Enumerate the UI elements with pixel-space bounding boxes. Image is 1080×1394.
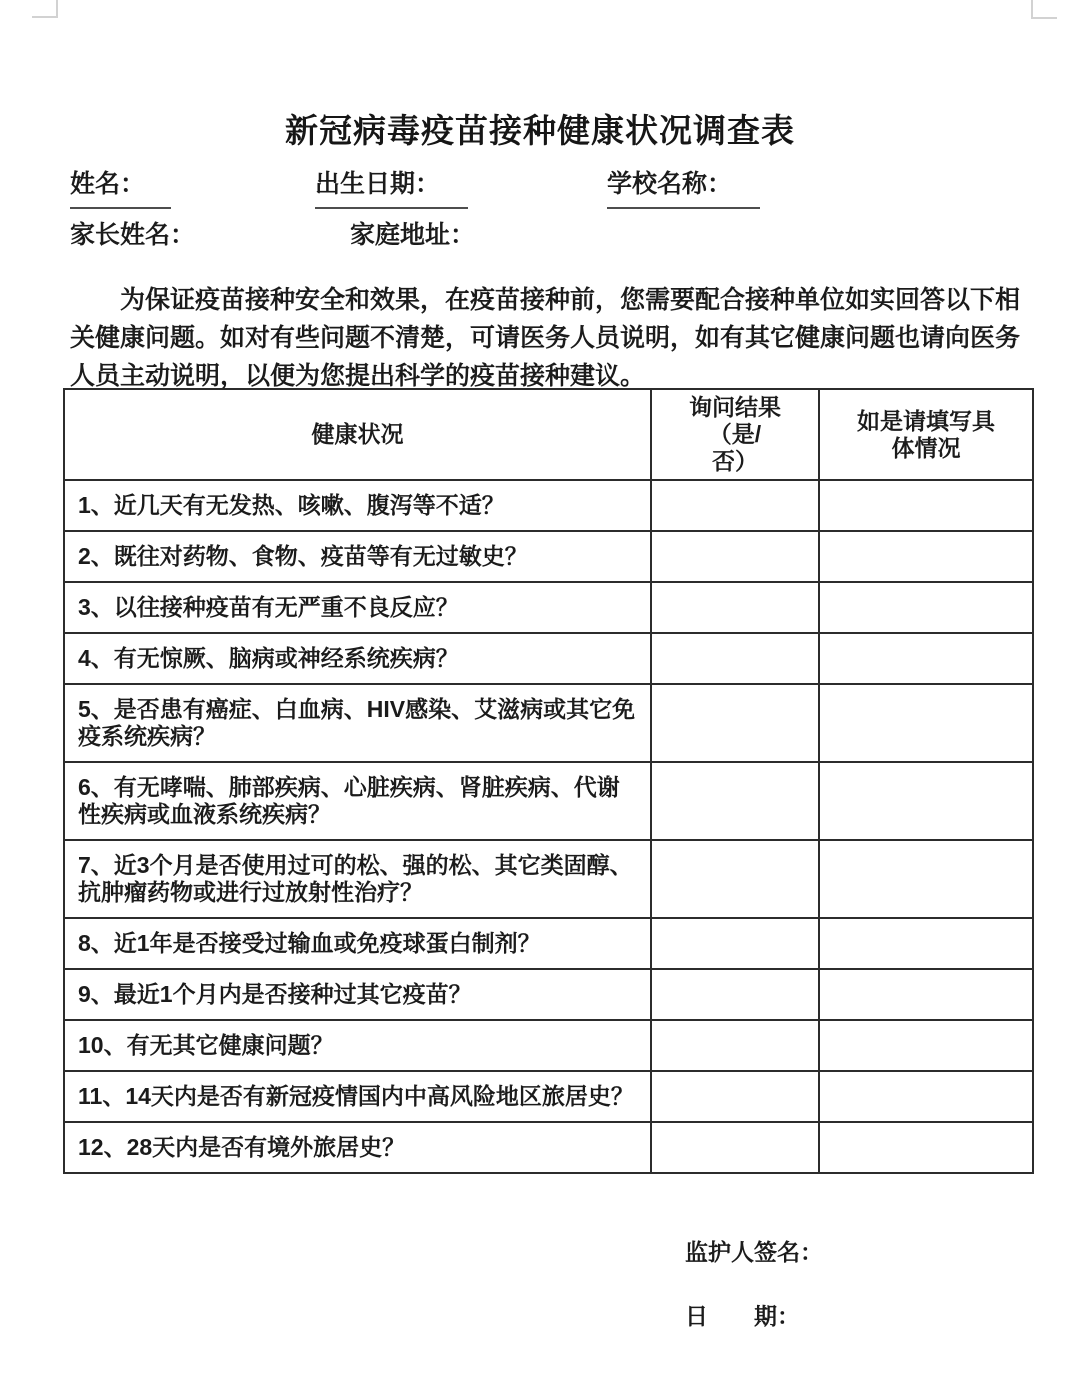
date-label: 日 期：	[685, 1298, 823, 1331]
detail-cell	[819, 531, 1033, 582]
question-cell: 1、近几天有无发热、咳嗽、腹泻等不适？	[64, 480, 651, 531]
detail-cell	[819, 762, 1033, 840]
health-questionnaire-table: 健康状况 询问结果 （是/ 否） 如是请填写具 体情况 1、近几天有无发热、咳嗽…	[63, 388, 1034, 1174]
table-row: 7、近3个月是否使用过可的松、强的松、其它类固醇、抗肿瘤药物或进行过放射性治疗？	[64, 840, 1033, 918]
signature-footer: 监护人签名： 日 期：	[685, 1234, 823, 1331]
detail-cell	[819, 918, 1033, 969]
table-body: 1、近几天有无发热、咳嗽、腹泻等不适？ 2、既往对药物、食物、疫苗等有无过敏史？…	[64, 480, 1033, 1173]
table-row: 8、近1年是否接受过输血或免疫球蛋白制剂？	[64, 918, 1033, 969]
table-row: 9、最近1个月内是否接种过其它疫苗？	[64, 969, 1033, 1020]
answer-cell	[651, 969, 819, 1020]
detail-cell	[819, 1071, 1033, 1122]
detail-cell	[819, 633, 1033, 684]
answer-cell	[651, 633, 819, 684]
table-row: 2、既往对药物、食物、疫苗等有无过敏史？	[64, 531, 1033, 582]
question-cell: 7、近3个月是否使用过可的松、强的松、其它类固醇、抗肿瘤药物或进行过放射性治疗？	[64, 840, 651, 918]
school-name-field: 学校名称：	[607, 164, 760, 209]
question-cell: 8、近1年是否接受过输血或免疫球蛋白制剂？	[64, 918, 651, 969]
answer-cell	[651, 480, 819, 531]
header-inquiry-result: 询问结果 （是/ 否）	[651, 389, 819, 480]
table-row: 5、是否患有癌症、白血病、HIV感染、艾滋病或其它免疫系统疾病？	[64, 684, 1033, 762]
detail-cell	[819, 684, 1033, 762]
question-cell: 6、有无哮喘、肺部疾病、心脏疾病、肾脏疾病、代谢性疾病或血液系统疾病？	[64, 762, 651, 840]
answer-cell	[651, 531, 819, 582]
table-row: 1、近几天有无发热、咳嗽、腹泻等不适？	[64, 480, 1033, 531]
detail-cell	[819, 582, 1033, 633]
home-address-field-label: 家庭地址：	[350, 215, 475, 251]
question-cell: 3、以往接种疫苗有无严重不良反应？	[64, 582, 651, 633]
table-row: 3、以往接种疫苗有无严重不良反应？	[64, 582, 1033, 633]
guardian-signature-label: 监护人签名：	[685, 1234, 823, 1267]
question-cell: 4、有无惊厥、脑病或神经系统疾病？	[64, 633, 651, 684]
name-field: 姓名：	[70, 164, 171, 209]
answer-cell	[651, 582, 819, 633]
question-cell: 2、既往对药物、食物、疫苗等有无过敏史？	[64, 531, 651, 582]
detail-cell	[819, 480, 1033, 531]
birth-date-field-label: 出生日期：	[315, 170, 440, 198]
document-page: 新冠病毒疫苗接种健康状况调查表 姓名： 出生日期： 学校名称： 家长姓名： 家庭…	[0, 0, 1080, 1394]
table-row: 11、14天内是否有新冠疫情国内中高风险地区旅居史？	[64, 1071, 1033, 1122]
table-header-row: 健康状况 询问结果 （是/ 否） 如是请填写具 体情况	[64, 389, 1033, 480]
question-cell: 10、有无其它健康问题？	[64, 1020, 651, 1071]
answer-cell	[651, 1071, 819, 1122]
birth-date-field: 出生日期：	[315, 164, 468, 209]
answer-cell	[651, 918, 819, 969]
question-cell: 5、是否患有癌症、白血病、HIV感染、艾滋病或其它免疫系统疾病？	[64, 684, 651, 762]
answer-cell	[651, 840, 819, 918]
table-header: 健康状况 询问结果 （是/ 否） 如是请填写具 体情况	[64, 389, 1033, 480]
answer-cell	[651, 762, 819, 840]
name-field-label: 姓名：	[70, 170, 145, 198]
answer-cell	[651, 684, 819, 762]
school-name-field-label: 学校名称：	[607, 170, 732, 198]
crop-corner-mark-left	[32, 0, 58, 18]
table-row: 10、有无其它健康问题？	[64, 1020, 1033, 1071]
table-row: 4、有无惊厥、脑病或神经系统疾病？	[64, 633, 1033, 684]
detail-cell	[819, 840, 1033, 918]
intro-paragraph: 为保证疫苗接种安全和效果，在疫苗接种前，您需要配合接种单位如实回答以下相关健康问…	[70, 281, 1020, 395]
page-title: 新冠病毒疫苗接种健康状况调查表	[0, 105, 1080, 152]
header-details: 如是请填写具 体情况	[819, 389, 1033, 480]
header-health-status: 健康状况	[64, 389, 651, 480]
detail-cell	[819, 1122, 1033, 1173]
answer-cell	[651, 1020, 819, 1071]
detail-cell	[819, 1020, 1033, 1071]
question-cell: 12、28天内是否有境外旅居史？	[64, 1122, 651, 1173]
answer-cell	[651, 1122, 819, 1173]
question-cell: 11、14天内是否有新冠疫情国内中高风险地区旅居史？	[64, 1071, 651, 1122]
fields-row-1: 姓名： 出生日期： 学校名称：	[0, 164, 1080, 206]
parent-name-field-label: 家长姓名：	[70, 215, 195, 251]
table-row: 6、有无哮喘、肺部疾病、心脏疾病、肾脏疾病、代谢性疾病或血液系统疾病？	[64, 762, 1033, 840]
table-row: 12、28天内是否有境外旅居史？	[64, 1122, 1033, 1173]
detail-cell	[819, 969, 1033, 1020]
crop-corner-mark-right	[1031, 0, 1057, 19]
fields-row-2: 家长姓名： 家庭地址：	[0, 215, 1080, 251]
question-cell: 9、最近1个月内是否接种过其它疫苗？	[64, 969, 651, 1020]
